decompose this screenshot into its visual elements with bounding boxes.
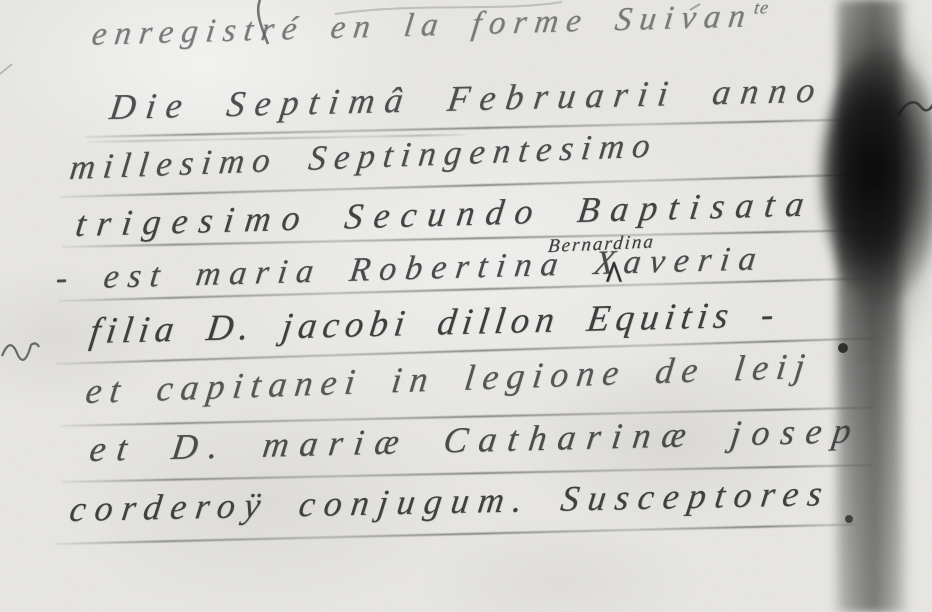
manuscript-line-9: corderoÿ conjugum. Susceptores (67, 472, 834, 530)
manuscript-line-8: et D. mariæ Catharinæ josep (87, 409, 864, 470)
left-margin-tick (0, 64, 12, 74)
manuscript-line-7: et capitanei in legione de leij (83, 345, 815, 413)
manuscript-line-2: Die Septimâ Februarii anno (107, 68, 827, 128)
insertion-caret-mark: ^ (604, 253, 624, 301)
left-margin-squiggle (2, 343, 39, 359)
binding-shadow-blotch (822, 50, 932, 304)
line-1-text: enregistré en la forme Suivan (90, 0, 756, 53)
manuscript-line-1: enregistré en la forme Suivante (90, 0, 771, 54)
line-1-superscript: te (753, 0, 771, 18)
manuscript-page: enregistré en la forme Suivante Die Sept… (0, 0, 932, 612)
